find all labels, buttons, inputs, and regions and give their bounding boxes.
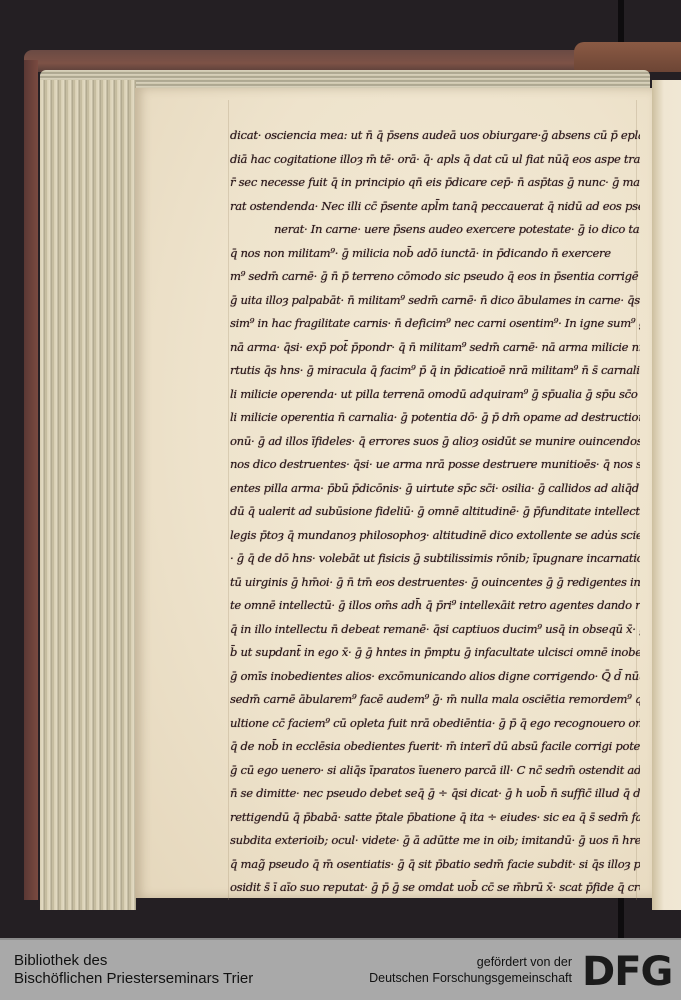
manuscript-text-block: dicat· osciencia mea: ut n̄ q̄ p̄sens au… bbox=[230, 124, 640, 900]
manuscript-line: osidit s̄ ī aīo suo reputat· ḡ p̄ ḡ se o… bbox=[230, 876, 640, 900]
dfg-logo: DFG bbox=[582, 950, 672, 994]
manuscript-line: rettigendū q̄ p̄babā· satte p̄tale p̄bat… bbox=[230, 806, 640, 830]
manuscript-line: subdita exterioib; ocul· videte· ḡ ā adū… bbox=[230, 829, 640, 853]
manuscript-line: li milicie operenda· ut pilla terrenā om… bbox=[230, 383, 640, 407]
manuscript-line: q̄ de nob̄ in ecclēsia obedientes fuerit… bbox=[230, 735, 640, 759]
manuscript-line: dū q̄ ualerit ad subūsione fideliū· ḡ om… bbox=[230, 500, 640, 524]
manuscript-line: dicat· osciencia mea: ut n̄ q̄ p̄sens au… bbox=[230, 124, 640, 148]
manuscript-line: diā hac cogitatione illoȝ m̄ tē· orā· q̄… bbox=[230, 148, 640, 172]
ruling-line-left bbox=[228, 100, 229, 900]
manuscript-line: ultione cc̄ faciem⁹ cū opleta fuit nrā o… bbox=[230, 712, 640, 736]
manuscript-line: m⁹ sedm̄ carnē· ḡ n̄ p̄ terreno cōmodo s… bbox=[230, 265, 640, 289]
manuscript-line: rtutis q̄s hns· ḡ miracula q̄ facim⁹ p̄ … bbox=[230, 359, 640, 383]
facing-leaf bbox=[652, 80, 681, 910]
funder-credit: gefördert von der Deutschen Forschungsge… bbox=[369, 954, 572, 986]
manuscript-line: nerat· In carne· uere p̄sens audeo exerc… bbox=[230, 218, 640, 242]
manuscript-line: n̄ se dimitte· nec pseudo debet seq̄ ḡ ÷… bbox=[230, 782, 640, 806]
manuscript-line: ḡ omīs inobedientes alios· excōmunicando… bbox=[230, 665, 640, 689]
funder-line-1: gefördert von der bbox=[369, 954, 572, 970]
manuscript-line: sedm̄ carnē ābularem⁹ facē audem⁹ ḡ· m̄ … bbox=[230, 688, 640, 712]
manuscript-line: ḡ uita illoȝ palpabāt· n̄ militam⁹ sedm̄… bbox=[230, 289, 640, 313]
funder-line-2: Deutschen Forschungsgemeinschaft bbox=[369, 970, 572, 986]
book-binding-left bbox=[24, 60, 38, 900]
manuscript-line: r̄ sec necesse fuit q̄ in principio qn̄ … bbox=[230, 171, 640, 195]
manuscript-line: entes pilla arma· p̄bū p̄dicōnis· ḡ uirt… bbox=[230, 477, 640, 501]
page-edges-fore-edge bbox=[40, 80, 136, 910]
manuscript-line: li milicie operentia n̄ carnalia· ḡ pote… bbox=[230, 406, 640, 430]
manuscript-line: b̄ ut supdant̄ in ego x̄· ḡ ḡ hntes in p… bbox=[230, 641, 640, 665]
manuscript-line: q̄ in illo intellectu n̄ debeat remanē· … bbox=[230, 618, 640, 642]
library-name-line-2: Bischöflichen Priesterseminars Trier bbox=[14, 970, 253, 988]
manuscript-line: rat ostendenda· Nec illi cc̄ p̄sente apl… bbox=[230, 195, 640, 219]
manuscript-line: onū· ḡ ad illos īfideles· q̄ errores suo… bbox=[230, 430, 640, 454]
manuscript-line: q̄ mag̃ pseudo q̄ m̄ osentiatis· ḡ q̄ si… bbox=[230, 853, 640, 877]
manuscript-line: · ḡ q̄ de dō hns· volebāt ut fisicis ḡ s… bbox=[230, 547, 640, 571]
library-name: Bibliothek des Bischöflichen Priestersem… bbox=[14, 952, 253, 988]
manuscript-line: sim⁹ in hac fragilitate carnis· n̄ defic… bbox=[230, 312, 640, 336]
manuscript-line: tū uirginis ḡ hm̄oi· ḡ n̄ tm̄ eos destru… bbox=[230, 571, 640, 595]
book-binding-top bbox=[24, 50, 664, 72]
manuscript-line: legis p̄toȝ q̄ mundanoȝ philosophoȝ· alt… bbox=[230, 524, 640, 548]
manuscript-line: te omnē intellectū· ḡ illos om̄s adh̄ q̄… bbox=[230, 594, 640, 618]
manuscript-line: nā arma· q̄si· exp̄ pot̄ p̄pondr· q̄ n̄ … bbox=[230, 336, 640, 360]
library-name-line-1: Bibliothek des bbox=[14, 952, 253, 970]
manuscript-line: ḡ cū ego uenero· si aliq̄s īparatos īuen… bbox=[230, 759, 640, 783]
manuscript-line: nos dico destruentes· q̄si· ue arma nrā … bbox=[230, 453, 640, 477]
attribution-footer: Bibliothek des Bischöflichen Priestersem… bbox=[0, 938, 681, 1000]
manuscript-line: q̄ nos non militam⁹· ḡ milicia nob̄ adō … bbox=[230, 242, 640, 266]
manuscript-scan: dicat· osciencia mea: ut n̄ q̄ p̄sens au… bbox=[0, 0, 681, 938]
